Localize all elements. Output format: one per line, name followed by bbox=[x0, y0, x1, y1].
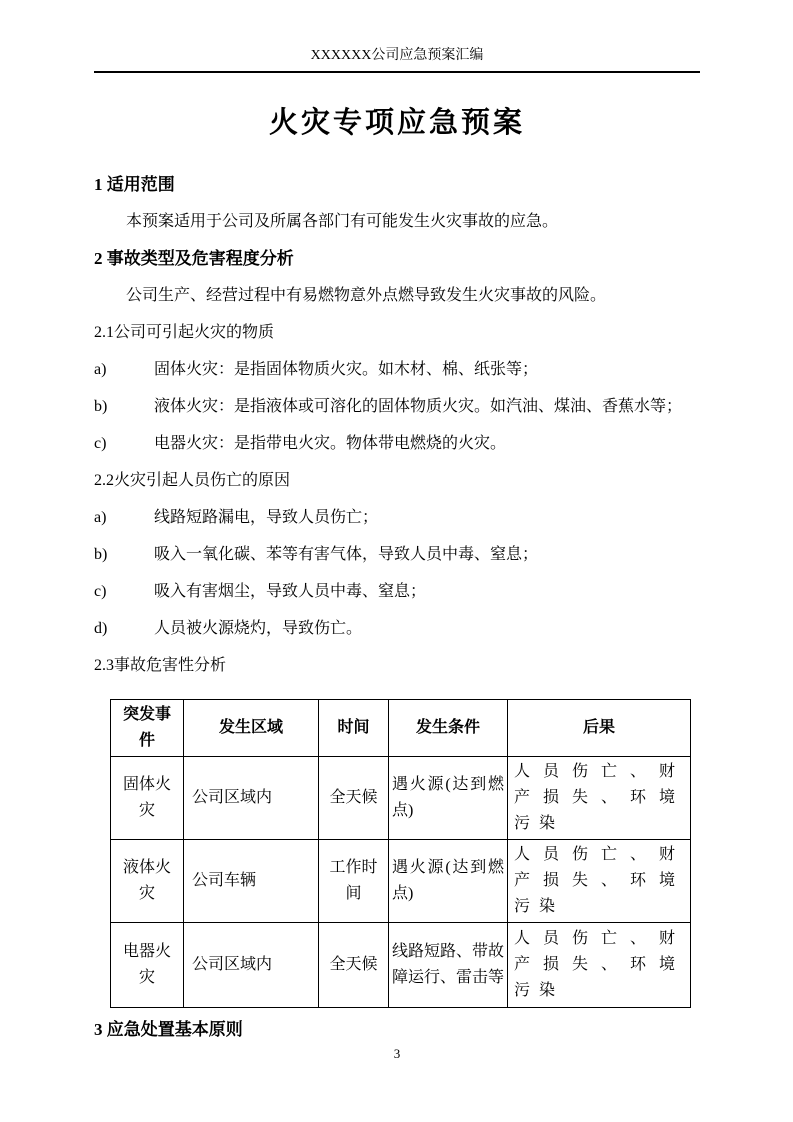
table-cell-time: 全天候 bbox=[319, 923, 389, 1008]
list-item-casualty-cause-a: a)线路短路漏电，导致人员伤亡； bbox=[94, 499, 700, 536]
list-item-text: 液体火灾：是指液体或可溶化的固体物质火灾。如汽油、煤油、香蕉水等； bbox=[154, 398, 682, 415]
list-marker: a) bbox=[94, 499, 154, 536]
section-2-paragraph: 公司生产、经营过程中有易燃物意外点燃导致发生火灾事故的风险。 bbox=[94, 277, 700, 314]
table-cell-consequence: 人员伤亡、财产损失、环境污染 bbox=[508, 923, 691, 1008]
section-1-heading: 1 适用范围 bbox=[94, 166, 700, 203]
list-item-text: 电器火灾：是指带电火灾。物体带电燃烧的火灾。 bbox=[154, 435, 506, 452]
table-cell-condition: 遇火源(达到燃点) bbox=[389, 757, 508, 840]
document-title: 火灾专项应急预案 bbox=[94, 103, 700, 143]
table-header-row: 突发事件 发生区域 时间 发生条件 后果 bbox=[111, 700, 691, 757]
table-row: 电器火灾 公司区域内 全天候 线路短路、带故障运行、雷击等 人员伤亡、财产损失、… bbox=[111, 923, 691, 1008]
section-2-heading: 2 事故类型及危害程度分析 bbox=[94, 240, 700, 277]
list-item-text: 固体火灾：是指固体物质火灾。如木材、棉、纸张等； bbox=[154, 361, 538, 378]
list-item-casualty-cause-b: b)吸入一氧化碳、苯等有害气体，导致人员中毒、窒息； bbox=[94, 536, 700, 573]
section-2-2-heading: 2.2火灾引起人员伤亡的原因 bbox=[94, 462, 700, 499]
list-marker: b) bbox=[94, 388, 154, 425]
list-marker: c) bbox=[94, 573, 154, 610]
table-cell-event: 液体火灾 bbox=[111, 840, 184, 923]
list-item-casualty-cause-c: c)吸入有害烟尘，导致人员中毒、窒息； bbox=[94, 573, 700, 610]
list-marker: d) bbox=[94, 610, 154, 647]
table-header-consequence: 后果 bbox=[508, 700, 691, 757]
table-cell-event: 电器火灾 bbox=[111, 923, 184, 1008]
list-item-text: 线路短路漏电，导致人员伤亡； bbox=[154, 509, 378, 526]
table-header-time: 时间 bbox=[319, 700, 389, 757]
hazard-analysis-table: 突发事件 发生区域 时间 发生条件 后果 固体火灾 公司区域内 全天候 遇火源(… bbox=[110, 699, 691, 1008]
table-header-condition: 发生条件 bbox=[389, 700, 508, 757]
table-cell-consequence: 人员伤亡、财产损失、环境污染 bbox=[508, 757, 691, 840]
table-header-event: 突发事件 bbox=[111, 700, 184, 757]
list-item-fire-type-a: a)固体火灾：是指固体物质火灾。如木材、棉、纸张等； bbox=[94, 351, 700, 388]
section-2-3-heading: 2.3事故危害性分析 bbox=[94, 647, 700, 684]
table-cell-area: 公司区域内 bbox=[184, 757, 319, 840]
table-cell-condition: 线路短路、带故障运行、雷击等 bbox=[389, 923, 508, 1008]
list-item-text: 吸入有害烟尘，导致人员中毒、窒息； bbox=[154, 583, 426, 600]
table-header-area: 发生区域 bbox=[184, 700, 319, 757]
page-number: 3 bbox=[94, 1045, 700, 1063]
section-3-heading: 3 应急处置基本原则 bbox=[94, 1017, 700, 1043]
list-item-fire-type-b: b)液体火灾：是指液体或可溶化的固体物质火灾。如汽油、煤油、香蕉水等； bbox=[94, 388, 700, 425]
table-cell-condition: 遇火源(达到燃点) bbox=[389, 840, 508, 923]
document-body: 1 适用范围 本预案适用于公司及所属各部门有可能发生火灾事故的应急。 2 事故类… bbox=[94, 166, 700, 1043]
section-2-1-heading: 2.1公司可引起火灾的物质 bbox=[94, 314, 700, 351]
running-header: XXXXXX公司应急预案汇编 bbox=[94, 46, 700, 73]
list-item-text: 吸入一氧化碳、苯等有害气体，导致人员中毒、窒息； bbox=[154, 546, 538, 563]
table-cell-area: 公司区域内 bbox=[184, 923, 319, 1008]
list-item-fire-type-c: c)电器火灾：是指带电火灾。物体带电燃烧的火灾。 bbox=[94, 425, 700, 462]
table-cell-event: 固体火灾 bbox=[111, 757, 184, 840]
table-cell-consequence: 人员伤亡、财产损失、环境污染 bbox=[508, 840, 691, 923]
table-row: 液体火灾 公司车辆 工作时间 遇火源(达到燃点) 人员伤亡、财产损失、环境污染 bbox=[111, 840, 691, 923]
document-page: XXXXXX公司应急预案汇编 火灾专项应急预案 1 适用范围 本预案适用于公司及… bbox=[0, 0, 793, 1122]
list-item-casualty-cause-d: d)人员被火源烧灼，导致伤亡。 bbox=[94, 610, 700, 647]
table-row: 固体火灾 公司区域内 全天候 遇火源(达到燃点) 人员伤亡、财产损失、环境污染 bbox=[111, 757, 691, 840]
list-marker: c) bbox=[94, 425, 154, 462]
list-item-text: 人员被火源烧灼，导致伤亡。 bbox=[154, 620, 362, 637]
section-1-paragraph: 本预案适用于公司及所属各部门有可能发生火灾事故的应急。 bbox=[94, 203, 700, 240]
table-cell-time: 全天候 bbox=[319, 757, 389, 840]
table-cell-area: 公司车辆 bbox=[184, 840, 319, 923]
table-cell-time: 工作时间 bbox=[319, 840, 389, 923]
list-marker: a) bbox=[94, 351, 154, 388]
list-marker: b) bbox=[94, 536, 154, 573]
